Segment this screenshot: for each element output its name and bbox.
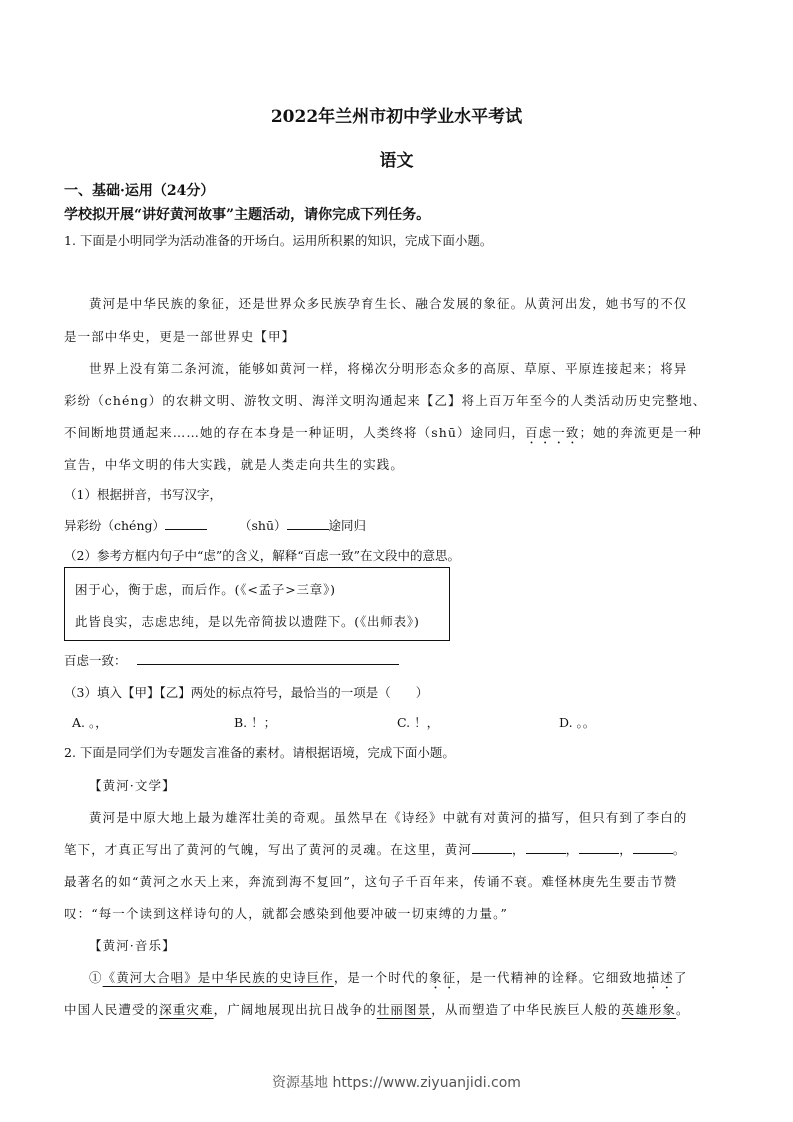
answer-blank-2[interactable] bbox=[287, 517, 329, 530]
exam-title: 2022年兰州市初中学业水平考试 bbox=[0, 102, 793, 127]
blank2-suffix: 途同归 bbox=[329, 518, 367, 533]
music-text: ，是一个时代的 bbox=[334, 970, 429, 985]
option-d[interactable]: D. 。。 bbox=[559, 713, 595, 731]
literature-line: 黄河是中原大地上最为雄浑壮美的奇观。虽然早在《诗经》中就有对黄河的描写，但只有到… bbox=[89, 808, 687, 826]
passage-line: 黄河是中华民族的象征，还是世界众多民族孕育生长、融合发展的象征。从黄河出发，她书… bbox=[89, 294, 687, 312]
music-heading: 【黄河·音乐】 bbox=[89, 936, 176, 954]
music-text: 。 bbox=[676, 1002, 690, 1017]
option-text: 。。 bbox=[577, 715, 596, 730]
option-text: 。， bbox=[89, 715, 108, 730]
separator: ， bbox=[566, 842, 580, 857]
blank1-label: 异彩纷（chéng） bbox=[64, 518, 165, 533]
box-line-1: 困于心，衡于虑，而后作。(《<孟子>三章》) bbox=[75, 580, 336, 598]
subquestion-3-prompt: （3）填入【甲】【乙】两处的标点符号，最恰当的一项是（ ） bbox=[64, 683, 428, 701]
passage-line: 世界上没有第二条河流，能够如黄河一样，将梯次分明形态众多的高原、草原、平原连接起… bbox=[89, 359, 687, 377]
answer-line[interactable] bbox=[137, 652, 399, 665]
underlined-phrase: 壮丽图景 bbox=[377, 1002, 431, 1017]
music-text: ，是一代精神的诠释。它细致地 bbox=[456, 970, 646, 985]
passage-line: 彩纷（chéng）的农耕文明、游牧文明、海洋文明沟通起来【乙】将上百万年至今的人… bbox=[64, 391, 706, 409]
literature-heading: 【黄河·文学】 bbox=[89, 776, 176, 794]
passage-line: 宣告，中华文明的伟大实践，就是人类走向共生的实践。 bbox=[64, 455, 404, 473]
question-1-prompt: 1. 下面是小明同学为活动准备的开场白。运用所积累的知识，完成下面小题。 bbox=[64, 231, 492, 249]
answer-blank[interactable] bbox=[579, 841, 619, 854]
underlined-phrase: 深重灾难 bbox=[159, 1002, 213, 1017]
answer-row: 百虑一致： bbox=[64, 651, 399, 669]
answer-blank[interactable] bbox=[526, 841, 566, 854]
separator: ， bbox=[619, 842, 633, 857]
music-text: ，从而塑造了中华民族巨人般的 bbox=[431, 1002, 621, 1017]
option-label: B. bbox=[234, 715, 247, 730]
music-text: 中国人民遭受的 bbox=[64, 1002, 159, 1017]
emphasized-phrase: 百虑一致 bbox=[525, 425, 579, 440]
answer-blank[interactable] bbox=[472, 841, 512, 854]
music-text: 了 bbox=[674, 970, 688, 985]
passage-text: ；她的奔流更是一种 bbox=[579, 425, 701, 440]
option-label: D. bbox=[559, 715, 573, 730]
blank2-label: （shū） bbox=[239, 518, 287, 533]
option-text: ！； bbox=[251, 715, 276, 730]
answer-blank[interactable] bbox=[633, 841, 673, 854]
pinyin-row: 异彩纷（chéng）（shū）途同归 bbox=[64, 516, 366, 534]
exam-subject: 语文 bbox=[0, 146, 793, 171]
option-b[interactable]: B. ！； bbox=[234, 713, 276, 731]
answer-blank-1[interactable] bbox=[165, 517, 207, 530]
subquestion-2-prompt: （2）参考方框内句子中“虑”的含义，解释“百虑一致”在文段中的意思。 bbox=[64, 546, 460, 564]
answer-label: 百虑一致： bbox=[64, 653, 127, 668]
footer-watermark: 资源基地 https://www.ziyuanjidi.com bbox=[0, 1072, 793, 1092]
emphasized-phrase: 象征 bbox=[429, 970, 456, 985]
option-label: C. bbox=[397, 715, 410, 730]
passage-line: 不间断地贯通起来……她的存在本身是一种证明，人类终将（shū）途同归，百虑一致；… bbox=[64, 423, 702, 447]
literature-text: 笔下，才真正写出了黄河的气魄，写出了黄河的灵魂。在这里，黄河 bbox=[64, 842, 472, 857]
music-text: ，广阔地展现出抗日战争的 bbox=[214, 1002, 377, 1017]
emphasized-phrase: 描述 bbox=[647, 970, 674, 985]
section-heading: 一、基础·运用（24分） bbox=[64, 180, 214, 200]
passage-line: 是一部中华史，更是一部世界史【甲】 bbox=[64, 327, 295, 345]
music-line: ①《黄河大合唱》是中华民族的史诗巨作，是一个时代的象征，是一代精神的诠释。它细致… bbox=[89, 968, 687, 992]
subquestion-1-prompt: （1）根据拼音，书写汉字， bbox=[64, 485, 222, 503]
separator: ， bbox=[512, 842, 526, 857]
literature-line: 最著名的如“黄河之水天上来，奔流到海不复回”，这句子千百年来，传诵不衰。难怪林庚… bbox=[64, 872, 677, 890]
option-c[interactable]: C. ！， bbox=[397, 713, 439, 731]
section-intro: 学校拟开展“讲好黄河故事”主题活动，请你完成下列任务。 bbox=[64, 204, 430, 224]
passage-text: 不间断地贯通起来……她的存在本身是一种证明，人类终将（shū）途同归， bbox=[64, 425, 525, 440]
literature-line: 笔下，才真正写出了黄河的气魄，写出了黄河的灵魂。在这里，黄河，，，。 bbox=[64, 840, 686, 858]
option-text: ！， bbox=[414, 715, 439, 730]
question-2-prompt: 2. 下面是同学们为专题发言准备的素材。请根据语境，完成下面小题。 bbox=[64, 743, 455, 761]
option-label: A. bbox=[72, 715, 85, 730]
underlined-phrase: 英雄形象 bbox=[622, 1002, 676, 1017]
option-a[interactable]: A. 。， bbox=[72, 713, 108, 731]
box-line-2: 此皆良实，志虑忠纯，是以先帝简拔以遗陛下。(《出师表》) bbox=[75, 612, 420, 630]
literature-line: 叹：“每一个读到这样诗句的人，就都会感染到他要冲破一切束缚的力量。” bbox=[64, 904, 508, 922]
sentence-number: ① bbox=[89, 970, 103, 985]
music-line: 中国人民遭受的深重灾难，广阔地展现出抗日战争的壮丽图景，从而塑造了中华民族巨人般… bbox=[64, 1000, 690, 1018]
period: 。 bbox=[673, 842, 687, 857]
reference-box: 困于心，衡于虑，而后作。(《<孟子>三章》) 此皆良实，志虑忠纯，是以先帝简拔以… bbox=[64, 567, 450, 641]
underlined-phrase: 《黄河大合唱》是中华民族的史诗巨作 bbox=[103, 970, 334, 985]
